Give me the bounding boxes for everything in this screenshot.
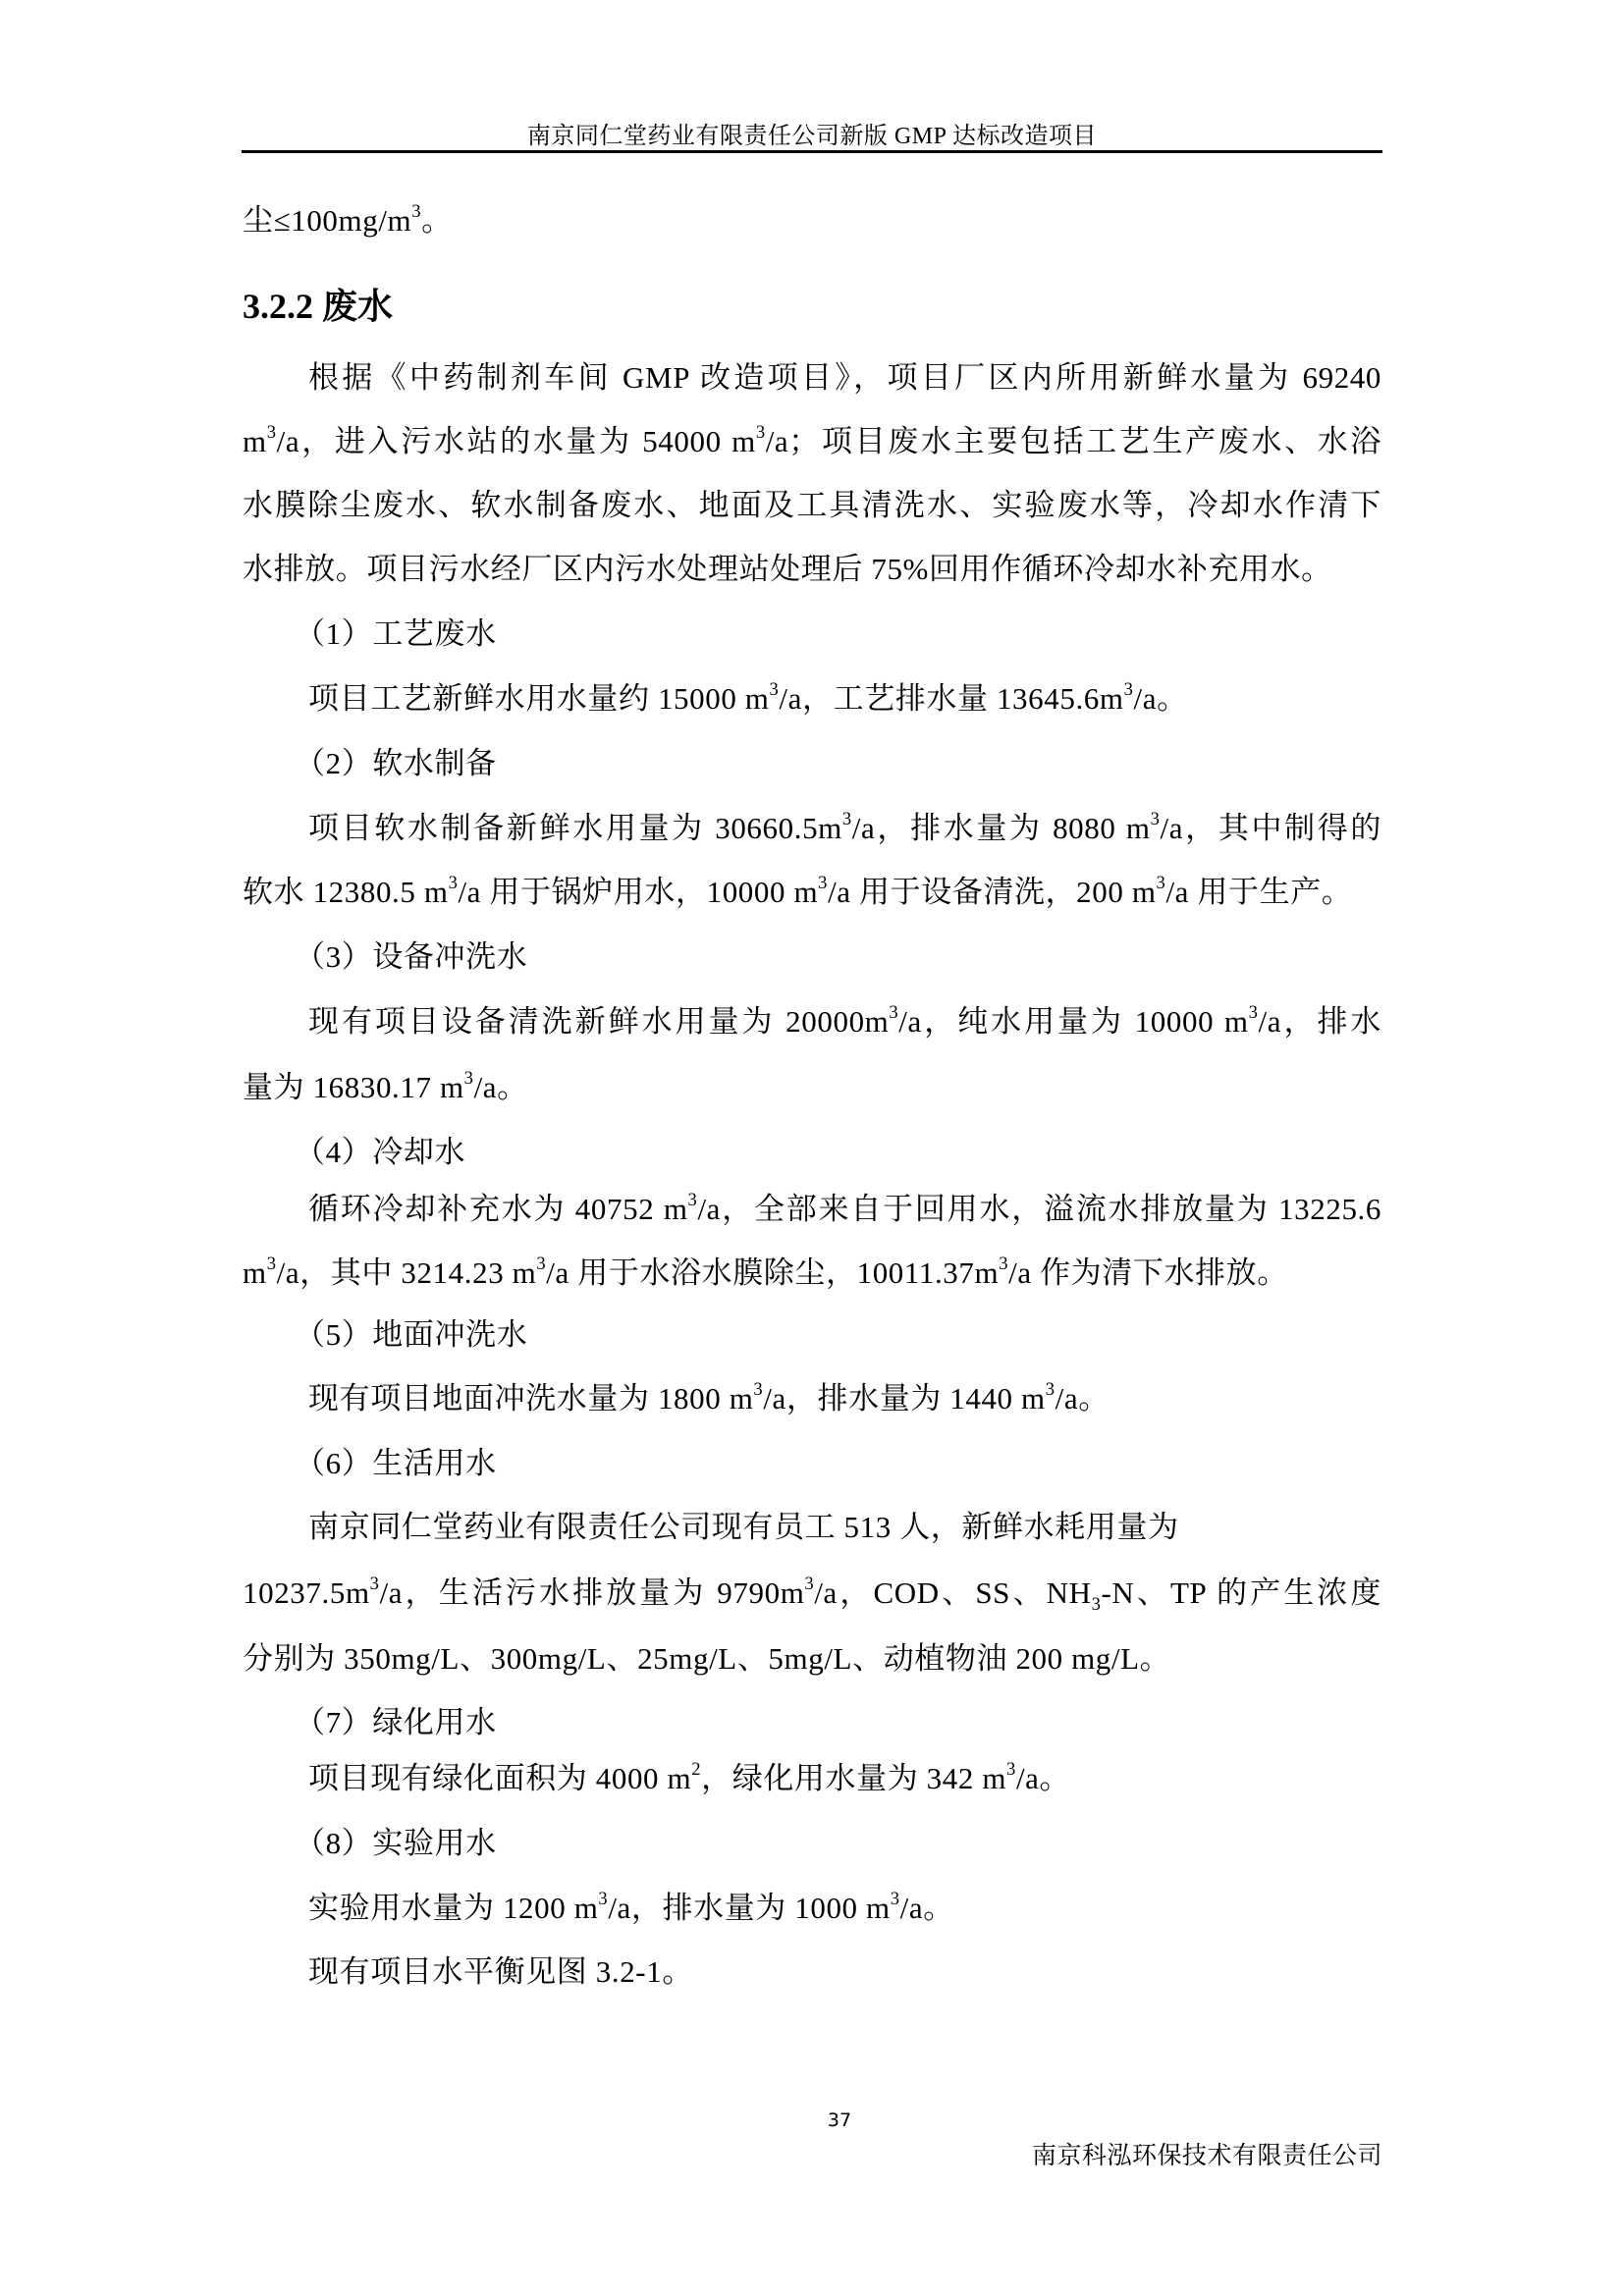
subsection-title: （7）绿化用水 [295,1701,1434,1744]
paragraph-line: 软水 12380.5 m3/a 用于锅炉用水，10000 m3/a 用于设备清洗… [243,871,1381,914]
closing-line: 现有项目水平衡见图 3.2-1。 [308,1950,1381,1994]
subsection-title: （4）冷却水 [295,1131,1434,1174]
paragraph-line: 项目现有绿化面积为 4000 m2，绿化用水量为 342 m3/a。 [308,1757,1381,1800]
paragraph-line: 项目软水制备新鲜水用量为 30660.5m3/a，排水量为 8080 m3/a，… [308,807,1381,850]
paragraph-line: 分别为 350mg/L、300mg/L、25mg/L、5mg/L、动植物油 20… [243,1637,1381,1681]
paragraph-line: 现有项目地面冲洗水量为 1800 m3/a，排水量为 1440 m3/a。 [308,1377,1381,1420]
paragraph-line: 根据《中药制剂车间 GMP 改造项目》，项目厂区内所用新鲜水量为 69240 [308,356,1381,400]
page-number: 37 [805,2107,874,2134]
paragraph-line: 量为 16830.17 m3/a。 [243,1066,1381,1109]
footer-company: 南京科泓环保技术有限责任公司 [1021,2140,1382,2173]
subsection-title: （2）软水制备 [295,742,1434,785]
paragraph-line: 循环冷却补充水为 40752 m3/a，全部来自于回用水，溢流水排放量为 132… [308,1188,1381,1231]
continuation-line: 尘≤100mg/m3。 [243,199,1381,242]
subsection-title: （1）工艺废水 [295,613,1434,656]
paragraph-line: m3/a，其中 3214.23 m3/a 用于水浴水膜除尘，10011.37m3… [243,1252,1381,1295]
header-rule [242,150,1382,153]
subsection-title: （8）实验用水 [295,1822,1434,1865]
paragraph-line: 现有项目设备清洗新鲜水用量为 20000m3/a，纯水用量为 10000 m3/… [308,1000,1381,1043]
paragraph-line: 实验用水量为 1200 m3/a，排水量为 1000 m3/a。 [308,1887,1381,1930]
paragraph-line: 项目工艺新鲜水用水量约 15000 m3/a，工艺排水量 13645.6m3/a… [308,677,1381,721]
paragraph-line: 水膜除尘废水、软水制备废水、地面及工具清洗水、实验废水等，冷却水作清下 [243,484,1381,527]
paragraph-line: 水排放。项目污水经厂区内污水处理站处理后 75%回用作循环冷却水补充用水。 [243,548,1381,591]
paragraph-line: m3/a，进入污水站的水量为 54000 m3/a；项目废水主要包括工艺生产废水… [243,420,1381,463]
section-heading: 3.2.2 废水 [243,283,393,330]
subsection-title: （6）生活用水 [295,1442,1434,1485]
document-page: 南京同仁堂药业有限责任公司新版 GMP 达标改造项目 尘≤100mg/m3。 3… [0,0,1624,2296]
paragraph-line: 10237.5m3/a，生活污水排放量为 9790m3/a，COD、SS、NH3… [243,1572,1381,1615]
running-header-title: 南京同仁堂药业有限责任公司新版 GMP 达标改造项目 [242,122,1382,151]
subsection-title: （3）设备冲洗水 [295,935,1434,979]
paragraph-line: 南京同仁堂药业有限责任公司现有员工 513 人，新鲜水耗用量为 [308,1506,1381,1549]
subsection-title: （5）地面冲洗水 [295,1313,1434,1357]
